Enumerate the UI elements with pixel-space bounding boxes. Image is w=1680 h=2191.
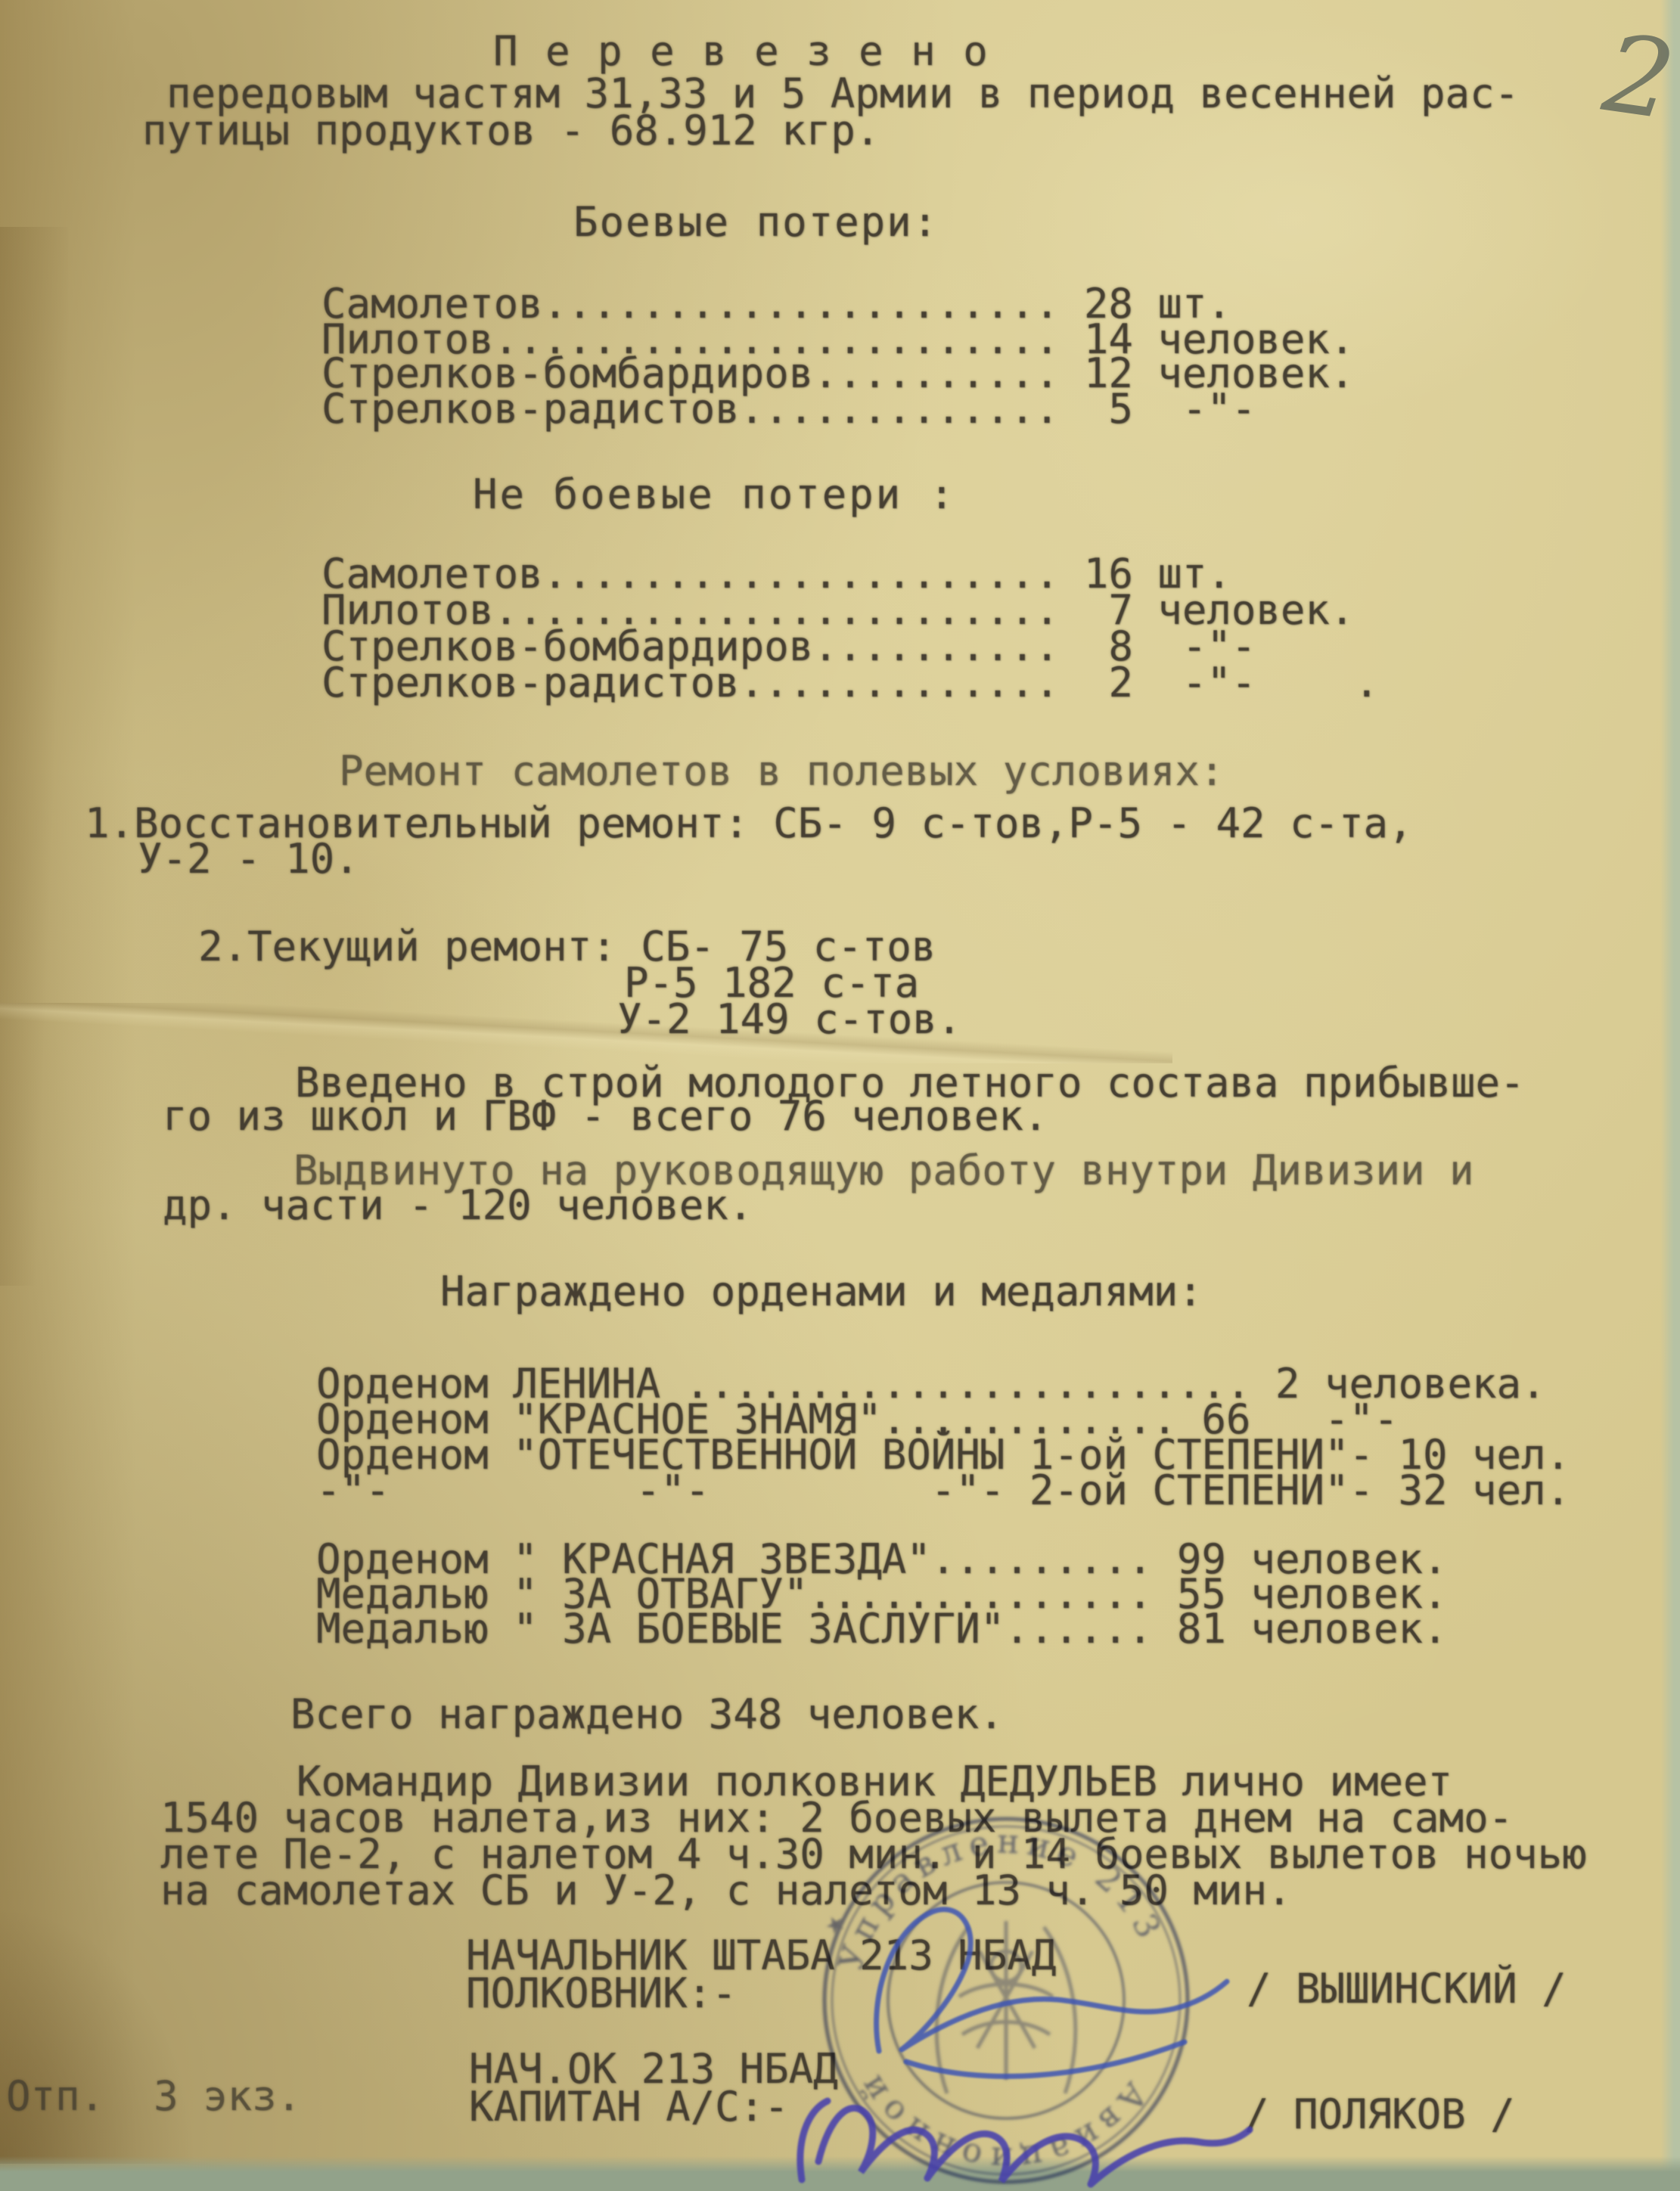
repair-line-2: У-2 - 10. [138,841,359,877]
doc-title: П е р е в е з е н о [493,33,989,70]
combat-row-gunner-radio: Стрелков-радистов............. 5 -"- [321,391,1256,427]
repair-heading: Ремонт самолетов в полевых условиях: [339,753,1224,790]
commander-line-4: на самолетах СБ и У-2, с налетом 13 ч. 5… [160,1873,1292,1909]
typewritten-text-layer: П е р е в е з е н о передовым частям 31,… [0,0,1680,2191]
row-label: Стрелков-радистов [321,385,740,433]
personnel-chief-title: НАЧ.ОК 213 НБАД [469,2051,838,2087]
scanned-military-report: { "page_number": "2", "title": "П е р е … [0,0,1680,2191]
noncombat-losses-heading: Не боевые потери : [473,476,956,513]
chief-of-staff-title: НАЧАЛЬНИК ШТАБА 213 НБАД [466,1938,1056,1974]
row-label: Стрелков-радистов [321,659,740,706]
personnel-chief-rank: КАПИТАН А/С:- [469,2089,789,2125]
noncombat-row-gunner-radio: Стрелков-радистов............. 2 -"- . [321,665,1379,701]
chief-of-staff-name: / ВЫШИНСКИЙ / [1247,1971,1567,2007]
personnel-promoted-line-2: др. части - 120 человек. [163,1187,753,1224]
row-value: 2 -"- . [1059,659,1379,706]
award-row-combat-merit: Медалью " ЗА БОЕВЫЕ ЗАСЛУГИ"...... 81 че… [316,1611,1448,1647]
awards-total: Всего награждено 348 человек. [290,1696,1004,1733]
copies-note: Отп. 3 экз. [6,2078,301,2115]
repair-line-5: У-2 149 с-тов. [617,1001,961,1038]
dot-leader: ............. [740,385,1060,433]
awards-heading: Награждено орденами и медалями: [440,1274,1203,1310]
personnel-chief-name: / ПОЛЯКОВ / [1244,2096,1515,2133]
combat-losses-heading: Боевые потери: [573,204,939,241]
award-row-patriotic-war-2nd: -"- -"- -"- 2-ой СТЕПЕНИ"- 32 чел. [316,1473,1570,1509]
intro-line-2: путицы продуктов - 68.912 кгр. [142,113,880,149]
row-value: 5 -"- [1059,385,1256,433]
chief-of-staff-rank: ПОЛКОВНИК:- [466,1975,737,2012]
personnel-introduced-line-2: го из школ и ГВФ - всего 76 человек. [163,1098,1048,1134]
dot-leader: ............. [740,659,1060,706]
